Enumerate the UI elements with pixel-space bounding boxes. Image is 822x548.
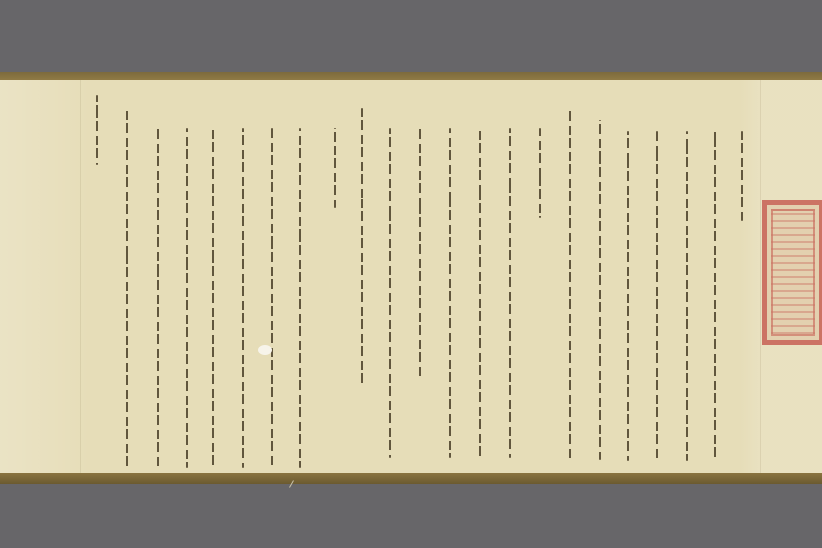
script-column bbox=[476, 128, 484, 458]
paper-seam bbox=[80, 80, 81, 473]
script-line bbox=[479, 128, 481, 458]
script-line bbox=[509, 128, 511, 458]
scroll-top-border bbox=[0, 72, 822, 80]
script-line bbox=[714, 131, 716, 461]
script-column bbox=[386, 128, 394, 458]
script-column bbox=[93, 95, 101, 165]
script-line bbox=[449, 128, 451, 458]
script-column bbox=[209, 128, 217, 468]
script-line bbox=[242, 128, 244, 468]
script-column bbox=[416, 128, 424, 378]
script-column bbox=[566, 110, 574, 460]
script-line bbox=[186, 128, 188, 468]
script-column bbox=[331, 128, 339, 208]
script-line bbox=[299, 128, 301, 468]
script-column bbox=[123, 108, 131, 468]
script-line bbox=[271, 128, 273, 468]
script-column bbox=[624, 131, 632, 461]
script-line bbox=[539, 128, 541, 218]
script-line bbox=[361, 108, 363, 388]
script-column bbox=[536, 128, 544, 218]
script-column bbox=[683, 131, 691, 461]
script-line bbox=[569, 110, 571, 460]
script-column bbox=[653, 131, 661, 461]
script-column bbox=[738, 131, 746, 221]
script-column bbox=[596, 120, 604, 460]
script-column bbox=[711, 131, 719, 461]
script-line bbox=[334, 128, 336, 208]
red-seal: seal bbox=[762, 200, 822, 345]
script-column bbox=[268, 128, 276, 468]
script-line bbox=[656, 131, 658, 461]
script-line bbox=[627, 131, 629, 461]
script-column bbox=[358, 108, 366, 388]
script-line bbox=[389, 128, 391, 458]
script-column bbox=[239, 128, 247, 468]
seal-pattern bbox=[771, 209, 815, 336]
script-column bbox=[296, 128, 304, 468]
paper-seam bbox=[760, 80, 761, 473]
script-column bbox=[183, 128, 191, 468]
script-line bbox=[126, 108, 128, 468]
script-line bbox=[419, 128, 421, 378]
script-column bbox=[446, 128, 454, 458]
paper-spot bbox=[258, 345, 272, 355]
scroll-bottom-border bbox=[0, 473, 822, 484]
script-line bbox=[212, 128, 214, 468]
script-line bbox=[741, 131, 743, 221]
script-line bbox=[157, 128, 159, 468]
script-line bbox=[599, 120, 601, 460]
script-line bbox=[686, 131, 688, 461]
script-column bbox=[154, 128, 162, 468]
script-column bbox=[506, 128, 514, 458]
script-line bbox=[96, 95, 98, 165]
